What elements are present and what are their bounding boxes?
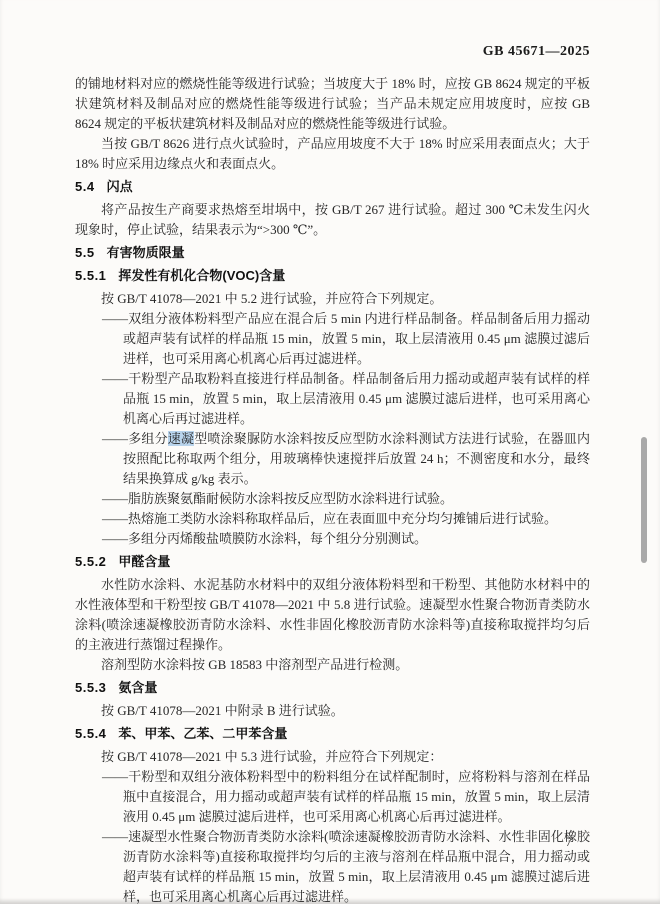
paragraph-voc-intro: 按 GB/T 41078—2021 中 5.2 进行试验，并应符合下列规定。 [75,289,590,309]
heading-5-5: 5.5有害物质限量 [75,243,590,263]
clause-title: 甲醛含量 [118,554,170,569]
paragraph-ammonia: 按 GB/T 41078—2021 中附录 B 进行试验。 [75,701,590,721]
document-page: GB 45671—2025 的铺地材料对应的燃烧性能等级进行试验；当坡度大于 1… [0,0,660,904]
standard-number-header: GB 45671—2025 [483,44,590,60]
heading-5-5-1: 5.5.1挥发性有机化合物(VOC)含量 [75,266,590,286]
list-item-text: ——多组分 [102,431,168,446]
list-item-text: 型喷涂聚脲防水涂料按反应型防水涂料测试方法进行试验，在器皿内按照配比称取两个组分… [123,431,590,486]
heading-5-5-3: 5.5.3氨含量 [75,678,590,698]
paragraph-ignition-test: 当按 GB/T 8626 进行点火试验时，产品应用坡度不大于 18% 时应采用表… [75,134,590,174]
heading-5-5-4: 5.5.4苯、甲苯、乙苯、二甲苯含量 [75,724,590,744]
list-item: ——干粉型和双组分液体粉料型中的粉料组分在试样配制时，应将粉料与溶剂在样品瓶中直… [75,767,590,827]
paragraph-flash-point: 将产品按生产商要求热熔至坩埚中，按 GB/T 267 进行试验。超过 300 ℃… [75,200,590,240]
page-bottom-edge [0,898,660,904]
vertical-scrollbar-thumb[interactable] [641,437,647,563]
highlighted-text: 速凝 [168,431,194,446]
list-item: ——热熔施工类防水涂料称取样品后，应在表面皿中充分均匀摊铺后进行试验。 [75,509,590,529]
list-item: ——多组分速凝型喷涂聚脲防水涂料按反应型防水涂料测试方法进行试验，在器皿内按照配… [75,429,590,489]
list-item: ——脂肪族聚氨酯耐候防水涂料按反应型防水涂料进行试验。 [75,489,590,509]
list-item: ——双组分液体粉料型产品应在混合后 5 min 内进行样品制备。样品制备后用力摇… [75,309,590,369]
list-item: ——多组分丙烯酸盐喷膜防水涂料，每个组分分别测试。 [75,529,590,549]
clause-title: 苯、甲苯、乙苯、二甲苯含量 [118,726,287,741]
clause-title: 有害物质限量 [107,245,185,260]
list-item: ——干粉型产品取粉料直接进行样品制备。样品制备后用力摇动或超声装有试样的样品瓶 … [75,369,590,429]
heading-5-4: 5.4闪点 [75,177,590,197]
list-item: ——速凝型水性聚合物沥青类防水涂料(喷涂速凝橡胶沥青防水涂料、水性非固化橡胶沥青… [75,827,590,904]
paragraph-formaldehyde-1: 水性防水涂料、水泥基防水材料中的双组分液体粉料型和干粉型、其他防水材料中的水性液… [75,575,590,655]
paragraph-carryover: 的铺地材料对应的燃烧性能等级进行试验；当坡度大于 18% 时，应按 GB 862… [75,74,590,134]
clause-number: 5.4 [75,179,95,194]
heading-5-5-2: 5.5.2甲醛含量 [75,552,590,572]
page-content: 的铺地材料对应的燃烧性能等级进行试验；当坡度大于 18% 时，应按 GB 862… [75,74,590,904]
page-number: 7 [566,834,573,850]
clause-number: 5.5.2 [75,554,106,569]
clause-number: 5.5.1 [75,268,106,283]
paragraph-formaldehyde-2: 溶剂型防水涂料按 GB 18583 中溶剂型产品进行检测。 [75,655,590,675]
clause-number: 5.5.4 [75,726,106,741]
clause-title: 挥发性有机化合物(VOC)含量 [118,268,285,283]
clause-number: 5.5 [75,245,95,260]
clause-title: 闪点 [107,179,133,194]
paragraph-benzene-intro: 按 GB/T 41078—2021 中 5.3 进行试验，并应符合下列规定： [75,747,590,767]
clause-title: 氨含量 [118,680,157,695]
clause-number: 5.5.3 [75,680,106,695]
